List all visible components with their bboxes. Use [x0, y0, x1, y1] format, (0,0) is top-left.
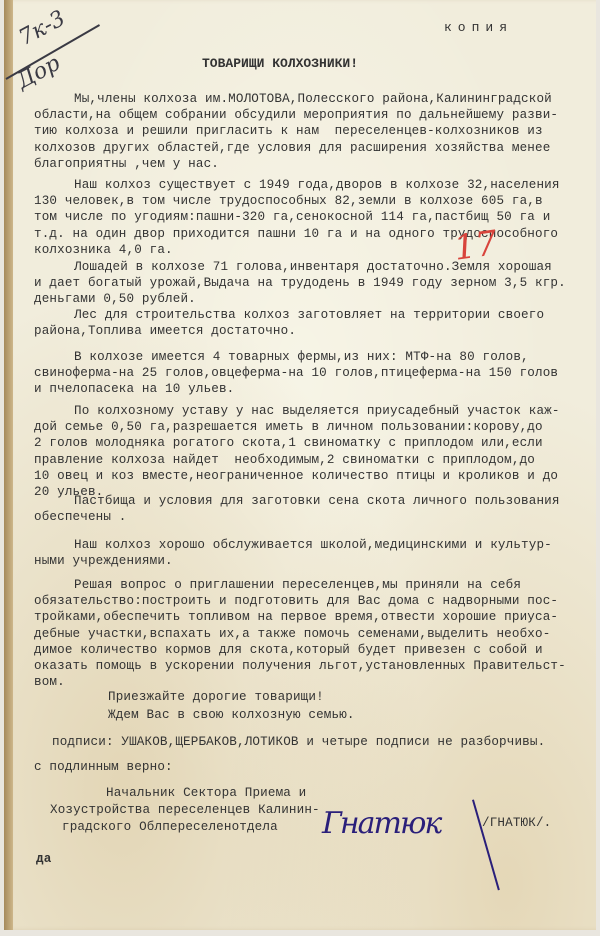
margin-note-archive: 7к-3	[15, 6, 70, 51]
handwritten-signature: Гнатюк	[322, 806, 440, 841]
paragraph-9-line: оказать помощь в ускорении получения льг…	[34, 659, 566, 673]
paragraph-5-line: В колхозе имеется 4 товарных фермы,из ни…	[74, 350, 529, 364]
paragraph-5-line: и пчелопасека на 10 ульев.	[34, 382, 234, 396]
official-title-line-3: градского Облпереселенотдела	[62, 820, 278, 834]
paragraph-5-line: свиноферма-на 25 голов,овцеферма-на 10 г…	[34, 366, 558, 380]
paragraph-7-line: обеспечены .	[34, 510, 127, 524]
official-name: /ГНАТЮК/.	[482, 816, 551, 830]
paragraph-4-line: Лес для строительства колхоз заготовляет…	[74, 308, 544, 322]
paragraph-9-line: дебные участки,вспахать их,а также помоч…	[34, 627, 550, 641]
paragraph-9-line: обязательство:построить и подготовить дл…	[34, 594, 558, 608]
closing-line-2: Ждем Вас в свою колхозную семью.	[108, 708, 355, 722]
paragraph-7-line: Пастбища и условия для заготовки сена ск…	[74, 494, 560, 508]
paragraph-2-line: Наш колхоз существует с 1949 года,дворов…	[74, 178, 560, 192]
paragraph-2-line: 130 человек,в том числе трудоспособных 8…	[34, 194, 543, 208]
paragraph-9-line: димое количество кормов для скота,которы…	[34, 643, 543, 657]
closing-line-1: Приезжайте дорогие товарищи!	[108, 690, 324, 704]
paragraph-1-line: колхозов других областей,где условия для…	[34, 141, 550, 155]
red-annotation: 17	[451, 223, 499, 269]
paragraph-1-line: тию колхоза и решили пригласить к нам пе…	[34, 124, 543, 138]
margin-note-initials: Дор	[13, 51, 65, 94]
paragraph-1-line: области,на общем собрании обсудили мероп…	[34, 108, 558, 122]
signatures-line: подписи: УШАКОВ,ЩЕРБАКОВ,ЛОТИКОВ и четыр…	[52, 735, 545, 749]
binding-edge	[4, 0, 13, 930]
paragraph-6-line: По колхозному уставу у нас выделяется пр…	[74, 404, 560, 418]
paragraph-3-line: деньгами 0,50 рублей.	[34, 292, 196, 306]
document-title: ТОВАРИЩИ КОЛХОЗНИКИ!	[202, 56, 358, 71]
paragraph-6-line: 2 голов молодняка рогатого скота,1 свино…	[34, 436, 543, 450]
paragraph-6-line: правление колхоза найдет необходимым,2 с…	[34, 453, 535, 467]
paragraph-6-line: 10 овец и коз вместе,неограниченное коли…	[34, 469, 558, 483]
copy-stamp: копия	[444, 20, 513, 35]
paragraph-1-line: Мы,члены колхоза им.МОЛОТОВА,Полесского …	[74, 92, 552, 106]
paragraph-9-line: вом.	[34, 675, 65, 689]
paragraph-9-line: Решая вопрос о приглашении переселенцев,…	[74, 578, 521, 592]
paragraph-4-line: района,Топлива имеется достаточно.	[34, 324, 296, 338]
paragraph-8-line: Наш колхоз хорошо обслуживается школой,м…	[74, 538, 552, 552]
paragraph-8-line: ными учреждениями.	[34, 554, 173, 568]
paragraph-3-line: и дает богатый урожай,Выдача на трудоден…	[34, 276, 566, 290]
official-title-line-1: Начальник Сектора Приема и	[106, 786, 306, 800]
paragraph-1-line: благоприятны ,чем у нас.	[34, 157, 219, 171]
certification-line: с подлинным верно:	[34, 760, 173, 774]
paragraph-6-line: дой семье 0,50 га,разрешается иметь в ли…	[34, 420, 543, 434]
paragraph-2-line: том числе по угодиям:пашни-320 га,сеноко…	[34, 210, 550, 224]
paragraph-9-line: тройками,обеспечить топливом на первое в…	[34, 610, 558, 624]
signature-stroke	[472, 799, 500, 890]
document-page: 7к-3 Дор копия ТОВАРИЩИ КОЛХОЗНИКИ! Мы,ч…	[4, 0, 596, 930]
paragraph-2-line: колхозника 4,0 га.	[34, 243, 173, 257]
typist-mark: да	[36, 852, 51, 866]
official-title-line-2: Хозустройства переселенцев Калинин-	[50, 803, 320, 817]
